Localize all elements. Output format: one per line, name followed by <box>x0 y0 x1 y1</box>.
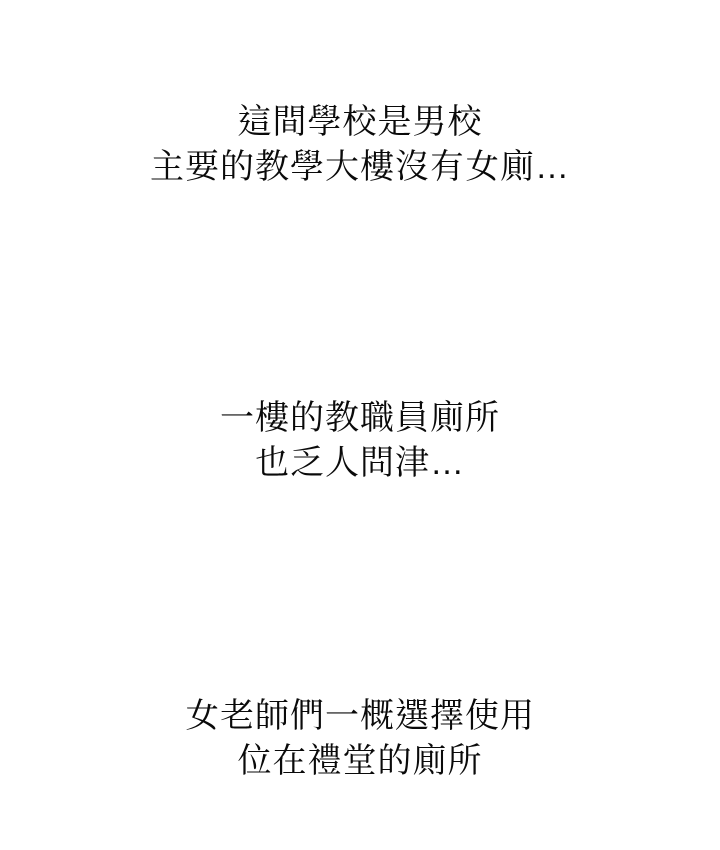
narration-block-top: 這間學校是男校 主要的教學大樓沒有女廁… <box>0 100 720 190</box>
comic-narration-page: 這間學校是男校 主要的教學大樓沒有女廁… 一樓的教職員廁所 也乏人問津… 女老師… <box>0 0 720 850</box>
narration-line: 這間學校是男校 <box>0 100 720 145</box>
narration-block-bottom: 女老師們一概選擇使用 位在禮堂的廁所 <box>0 694 720 784</box>
narration-line: 一樓的教職員廁所 <box>0 396 720 441</box>
narration-line: 主要的教學大樓沒有女廁… <box>0 145 720 190</box>
narration-line: 位在禮堂的廁所 <box>0 739 720 784</box>
narration-block-middle: 一樓的教職員廁所 也乏人問津… <box>0 396 720 486</box>
narration-line: 女老師們一概選擇使用 <box>0 694 720 739</box>
narration-line: 也乏人問津… <box>0 441 720 486</box>
